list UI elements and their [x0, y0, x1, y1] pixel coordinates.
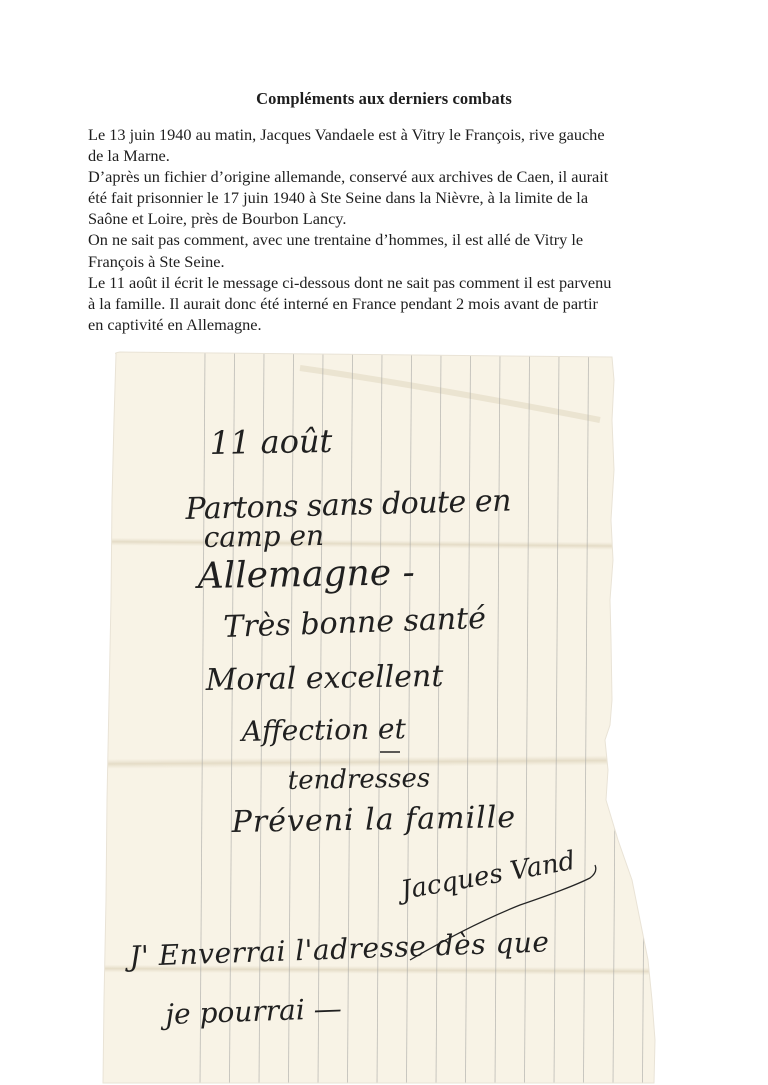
note-line: je pourrai —	[165, 992, 342, 1031]
note-line: tendresses	[287, 764, 430, 796]
note-line: Moral excellent	[205, 659, 443, 698]
note-line: Préveni la famille	[231, 800, 516, 840]
note-line: Affection et	[241, 712, 406, 748]
note-date: 11 août	[209, 422, 332, 462]
handwritten-letter-scan: 11 août Partons sans doute en camp en Al…	[0, 0, 768, 1085]
letter-paper	[0, 0, 768, 1085]
note-line: Allemagne -	[197, 552, 415, 597]
note-line: camp en	[203, 519, 324, 554]
